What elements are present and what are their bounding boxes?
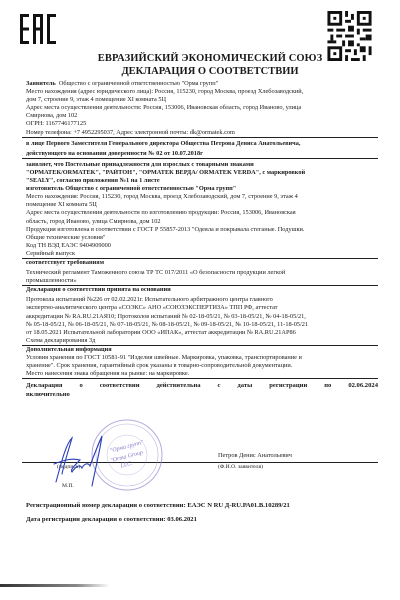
requirements-heading: соответствует требованиям xyxy=(26,259,378,267)
activity-address-1: Адрес места осуществления деятельности: … xyxy=(26,104,378,112)
requirements-line-2: промышленности» xyxy=(26,277,378,285)
scan-edge-divider xyxy=(0,584,110,587)
basis-line-4: № 05-18-05/21, № 06-18-05/21, № 07-18-05… xyxy=(26,321,378,329)
gost-1: Продукция изготовлена в соответствии с Г… xyxy=(26,226,378,234)
requirements-line-1: Технический регламент Таможенного союза … xyxy=(26,269,378,277)
manufacturer-address-2: помещение XI комната 5Ц xyxy=(26,201,378,209)
applicant-label: Заявитель xyxy=(26,80,56,87)
gost-2: Общие технические условия" xyxy=(26,234,378,242)
union-title: ЕВРАЗИЙСКИЙ ЭКОНОМИЧЕСКИЙ СОЮЗ xyxy=(40,53,380,64)
applicant-name: Общество с ограниченной ответственностью… xyxy=(59,80,218,87)
manufacturer-activity-2: область, город Иваново, улица Смирнова, … xyxy=(26,218,378,226)
validity-line-2: включительно xyxy=(26,390,378,399)
validity-line-1: Декларация о соответствии действительна … xyxy=(26,381,378,390)
represented-by-1: в лице Первого Заместителя Генерального … xyxy=(26,140,378,148)
additional-heading: Дополнительная информация xyxy=(26,346,378,354)
ogrn: ОГРН: 1167746177125 xyxy=(26,120,378,128)
applicant-line: Заявитель Общество с ограниченной ответс… xyxy=(26,80,378,88)
serial-production: Серийный выпуск xyxy=(26,250,378,258)
handwritten-signature-icon xyxy=(44,430,114,490)
declares-line-2: "ОРМАТЕК/ORMATEK", "РАЙТОН", "ОРМАТЕК ВЕ… xyxy=(26,169,378,177)
declares-line-3: "SEALY", согласно приложения №1 на 1 лис… xyxy=(26,177,378,185)
tn-ved-code: Код ТН ВЭД ЕАЭС 9404909000 xyxy=(26,242,378,250)
basis-line-2: экспертно-аналитического центра «СОЭКС» … xyxy=(26,304,378,312)
declaration-body: Заявитель Общество с ограниченной ответс… xyxy=(26,80,378,399)
basis-line-1: Протокола испытаний №226 от 02.02.2021г.… xyxy=(26,296,378,304)
signatory-name: Петров Денис Анатольевич xyxy=(218,452,292,459)
additional-line-2: хранение". Срок хранения, гарантийный ср… xyxy=(26,362,378,370)
declaration-scheme: Схема декларирования 3д xyxy=(26,337,378,345)
document-title: ДЕКЛАРАЦИЯ О СООТВЕТСТВИИ xyxy=(40,66,380,77)
manufacturer-activity-1: Адрес места осуществления деятельности п… xyxy=(26,209,378,217)
additional-line-1: Условия хранения по ГОСТ 10581-91 "Издел… xyxy=(26,354,378,362)
basis-line-5: от 18.05.2021 Испытательной лаборатории … xyxy=(26,329,378,337)
registration-number: Регистрационный номер декларации о соотв… xyxy=(26,502,290,509)
legal-address-1: Место нахождения (адрес юридического лиц… xyxy=(26,88,378,96)
manufacturer: изготовитель Общество с ограниченной отв… xyxy=(26,185,378,193)
eac-logo xyxy=(20,14,58,44)
manufacturer-address-1: Место нахождения: Россия, 115230, город … xyxy=(26,193,378,201)
contacts: Номер телефона: +7 4952295037, Адрес эле… xyxy=(26,129,378,137)
eac-mark-icon xyxy=(20,14,58,44)
svg-text:LLC.: LLC. xyxy=(119,461,133,470)
basis-line-3: аккредитации № RA.RU.21АЯ10; Протоколов … xyxy=(26,313,378,321)
name-caption: (Ф.И.О. заявителя) xyxy=(218,464,263,470)
activity-address-2: Смирнова, дом 102 xyxy=(26,112,378,120)
basis-heading: Декларация о соответствии принята на осн… xyxy=(26,286,378,294)
declares-line-1: заявляет, что Постельные принадлежности … xyxy=(26,161,378,169)
legal-address-2: дом 7, строение 9, этаж 4 помещение XI к… xyxy=(26,96,378,104)
additional-line-3: Место нанесения знака обращения на рынке… xyxy=(26,370,378,378)
registration-date: Дата регистрации декларации о соответств… xyxy=(26,516,197,523)
represented-by-2: действующего на основании доверенности №… xyxy=(26,150,378,158)
